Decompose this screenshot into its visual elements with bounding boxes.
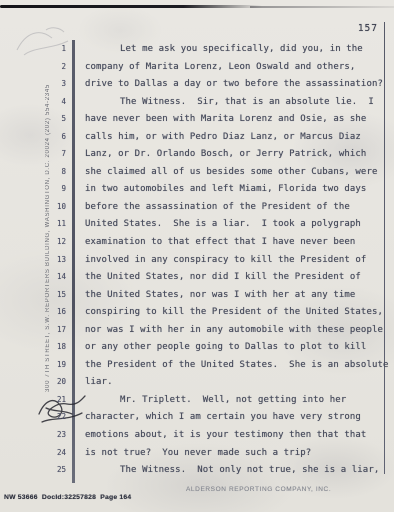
line-text: Mr. Triplett. Well, not getting into her [66, 392, 346, 410]
line-text: The Witness. Sir, that is an absolute li… [66, 94, 374, 112]
transcript-line: 3drive to Dallas a day or two before the… [0, 75, 388, 93]
transcript-line: 6calls him, or with Pedro Diaz Lanz, or … [0, 128, 388, 146]
line-text: before the assassination of the Presiden… [66, 199, 350, 217]
line-text: drive to Dallas a day or two before the … [66, 76, 383, 94]
transcript-line: 24is not true? You never made such a tri… [0, 444, 388, 462]
transcript-line: 11United States. She is a liar. I took a… [0, 215, 388, 233]
line-number: 22 [0, 408, 66, 426]
transcript-body: 1Let me ask you specifically, did you, i… [0, 40, 388, 479]
line-number: 2 [0, 58, 66, 76]
line-number: 6 [0, 128, 66, 146]
line-text: the President of the United States. She … [66, 357, 389, 375]
line-text: Let me ask you specifically, did you, in… [66, 41, 363, 59]
scan-artifact-top-streak [0, 5, 262, 8]
line-text: Lanz, or Dr. Orlando Bosch, or Jerry Pat… [66, 146, 366, 164]
line-number: 19 [0, 356, 66, 374]
line-number: 4 [0, 93, 66, 111]
transcript-line: 5have never been with Marita Lorenz and … [0, 110, 388, 128]
line-number: 10 [0, 198, 66, 216]
page-number: 157 [358, 23, 378, 34]
line-text: emotions about, it is your testimony the… [66, 427, 366, 445]
line-text: have never been with Marita Lorenz and O… [66, 111, 366, 129]
transcript-line: 10before the assassination of the Presid… [0, 198, 388, 216]
line-number: 21 [0, 391, 66, 409]
line-text: conspiring to kill the President of the … [66, 304, 383, 322]
line-number: 13 [0, 251, 66, 269]
transcript-line: 15the United States, nor was I with her … [0, 286, 388, 304]
line-number: 20 [0, 373, 66, 391]
line-number: 18 [0, 338, 66, 356]
transcript-line: 1Let me ask you specifically, did you, i… [0, 40, 388, 58]
line-number: 17 [0, 321, 66, 339]
line-number: 11 [0, 215, 66, 233]
transcript-line: 4The Witness. Sir, that is an absolute l… [0, 93, 388, 111]
line-text: calls him, or with Pedro Diaz Lanz, or M… [66, 129, 361, 147]
transcript-line: 2company of Marita Lorenz, Leon Oswald a… [0, 58, 388, 76]
line-text: examination to that effect that I have n… [66, 234, 355, 252]
line-number: 12 [0, 233, 66, 251]
line-text: the United States, nor was I with her at… [66, 287, 355, 305]
line-number: 24 [0, 444, 66, 462]
line-text: is not true? You never made such a trip? [66, 445, 311, 463]
transcript-line: 13involved in any conspiracy to kill the… [0, 251, 388, 269]
line-text: involved in any conspiracy to kill the P… [66, 252, 366, 270]
line-text: The Witness. Not only not true, she is a… [66, 462, 379, 480]
line-number: 23 [0, 426, 66, 444]
line-text: liar. [66, 374, 113, 392]
transcript-line: 14the United States, nor did I kill the … [0, 268, 388, 286]
transcript-line: 8she claimed all of us besides some othe… [0, 163, 388, 181]
transcript-line: 18or any other people going to Dallas to… [0, 338, 388, 356]
line-text: in two automobiles and left Miami, Flori… [66, 181, 366, 199]
line-number: 25 [0, 461, 66, 479]
line-text: the United States, nor did I kill the Pr… [66, 269, 361, 287]
line-text: she claimed all of us besides some other… [66, 164, 377, 182]
transcript-line: 19the President of the United States. Sh… [0, 356, 388, 374]
line-text: nor was I with her in any automobile wit… [66, 322, 383, 340]
line-number: 8 [0, 163, 66, 181]
transcript-line: 9in two automobiles and left Miami, Flor… [0, 180, 388, 198]
line-number: 16 [0, 303, 66, 321]
line-number: 3 [0, 75, 66, 93]
transcript-line: 22character, which I am certain you have… [0, 408, 388, 426]
footer-reporting-company: ALDERSON REPORTING COMPANY, INC. [186, 486, 331, 493]
line-text: company of Marita Lorenz, Leon Oswald an… [66, 59, 355, 77]
transcript-line: 17nor was I with her in any automobile w… [0, 321, 388, 339]
transcript-line: 21Mr. Triplett. Well, not getting into h… [0, 391, 388, 409]
line-number: 7 [0, 145, 66, 163]
line-text: or any other people going to Dallas to p… [66, 339, 366, 357]
line-number: 15 [0, 286, 66, 304]
footer-archive-stamp: NW 53666 DocId:32257828 Page 164 [4, 494, 131, 501]
transcript-line: 12examination to that effect that I have… [0, 233, 388, 251]
line-number: 5 [0, 110, 66, 128]
transcript-line: 23emotions about, it is your testimony t… [0, 426, 388, 444]
line-text: character, which I am certain you have v… [66, 409, 361, 427]
transcript-line: 7Lanz, or Dr. Orlando Bosch, or Jerry Pa… [0, 145, 388, 163]
scan-artifact-top-streak-faint [250, 6, 394, 8]
line-number: 9 [0, 180, 66, 198]
transcript-line: 16conspiring to kill the President of th… [0, 303, 388, 321]
transcript-line: 25The Witness. Not only not true, she is… [0, 461, 388, 479]
transcript-line: 20liar. [0, 373, 388, 391]
line-text: United States. She is a liar. I took a p… [66, 216, 361, 234]
line-number: 14 [0, 268, 66, 286]
line-number: 1 [0, 40, 66, 58]
transcript-scan-page: 157 300 7TH STREET, S.W. REPORTERS BUILD… [0, 0, 394, 512]
